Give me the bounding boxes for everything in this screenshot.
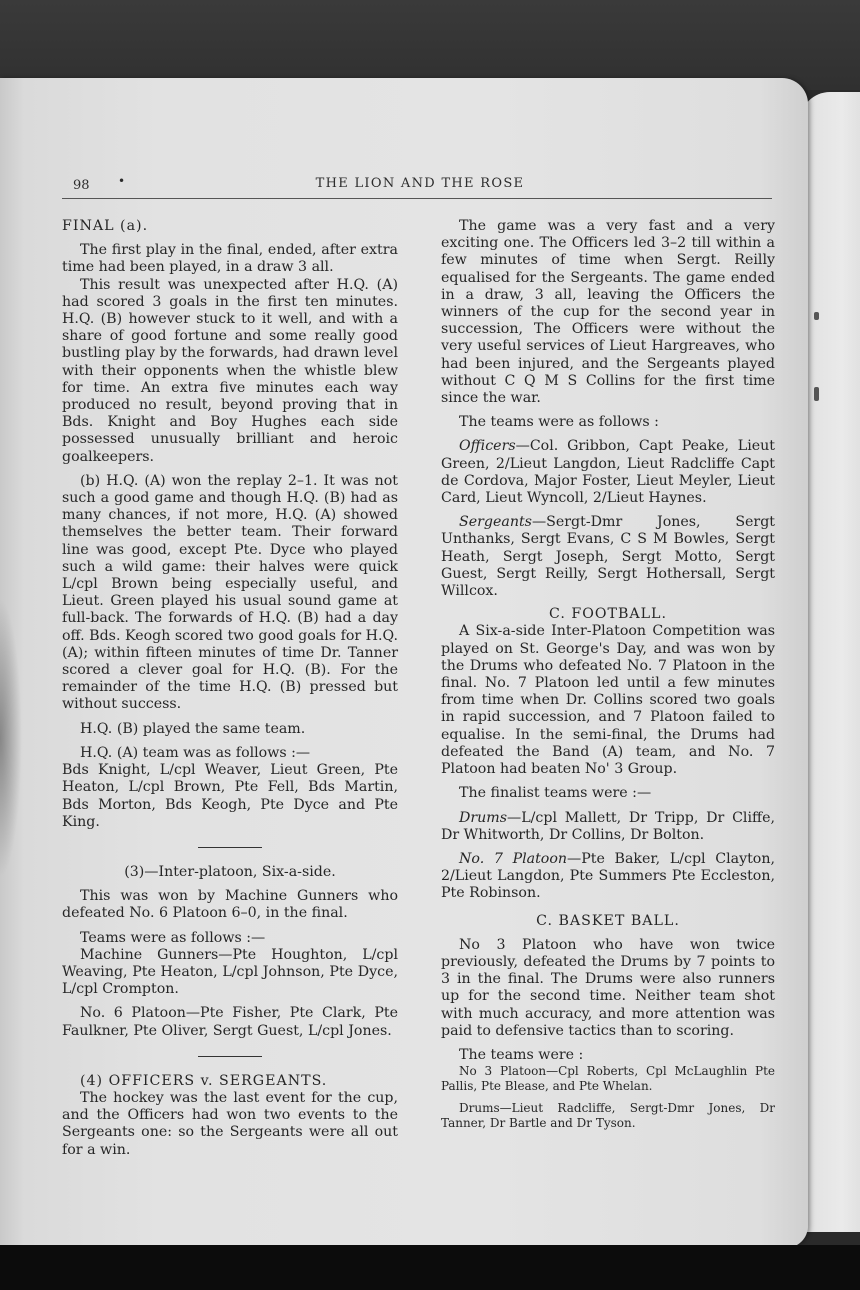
paragraph: A Six-a-side Inter-Platoon Competition w… bbox=[441, 623, 775, 778]
team-list-sergeants: Sergeants—Sergt-Dmr Jones, Sergt Unthank… bbox=[441, 514, 775, 600]
team-intro: The teams were : bbox=[441, 1047, 775, 1064]
section-heading-basketball: C. BASKET BALL. bbox=[441, 913, 775, 930]
team-list-officers: Officers—Col. Gribbon, Capt Peake, Lieut… bbox=[441, 438, 775, 507]
paragraph: This result was unexpected after H.Q. (A… bbox=[62, 277, 398, 466]
team-label: Officers bbox=[459, 438, 516, 454]
journal-title: THE LION AND THE ROSE bbox=[70, 176, 770, 191]
paragraph: No 3 Platoon who have won twice previous… bbox=[441, 937, 775, 1040]
team-label: Sergeants bbox=[459, 514, 532, 530]
section-heading-football: C. FOOTBALL. bbox=[441, 606, 775, 623]
team-intro: H.Q. (A) team was as follows :— bbox=[62, 745, 398, 762]
team-list-no7: No. 7 Platoon—Pte Baker, L/cpl Clayton, … bbox=[441, 851, 775, 903]
dark-background-bottom bbox=[0, 1245, 860, 1290]
team-list-small: Drums—Lieut Radcliffe, Sergt-Dmr Jones, … bbox=[441, 1101, 775, 1131]
team-list-small: No 3 Platoon—Cpl Roberts, Cpl McLaughlin… bbox=[441, 1064, 775, 1094]
paragraph: The first play in the final, ended, afte… bbox=[62, 242, 398, 276]
team-label: No. 7 Platoon bbox=[459, 851, 567, 867]
team-label: Drums bbox=[459, 810, 507, 826]
page-blemish bbox=[814, 312, 819, 320]
left-column: FINAL (a). The first play in the final, … bbox=[62, 218, 398, 1159]
section-divider bbox=[198, 847, 262, 848]
right-column: The game was a very fast and a very exci… bbox=[441, 218, 775, 1131]
section-heading-interplatoon: (3)—Inter-platoon, Six-a-side. bbox=[62, 864, 398, 881]
paragraph: The hockey was the last event for the cu… bbox=[62, 1090, 398, 1159]
paragraph: This was won by Machine Gunners who defe… bbox=[62, 888, 398, 922]
paragraph: H.Q. (B) played the same team. bbox=[62, 721, 398, 738]
team-list: Bds Knight, L/cpl Weaver, Lieut Green, P… bbox=[62, 762, 398, 831]
running-header: 98 • THE LION AND THE ROSE bbox=[70, 174, 770, 194]
team-list: No. 6 Platoon—Pte Fisher, Pte Clark, Pte… bbox=[62, 1005, 398, 1039]
page-blemish bbox=[814, 387, 819, 401]
paragraph-replay: (b) H.Q. (A) won the replay 2–1. It was … bbox=[62, 473, 398, 714]
header-rule bbox=[62, 198, 772, 199]
facing-page-edge bbox=[800, 92, 860, 1232]
team-list-drums: Drums—L/cpl Mallett, Dr Tripp, Dr Cliffe… bbox=[441, 810, 775, 844]
section-heading-final: FINAL (a). bbox=[62, 218, 398, 235]
section-divider bbox=[198, 1056, 262, 1057]
section-heading-officers: (4) OFFICERS v. SERGEANTS. bbox=[62, 1073, 398, 1090]
team-intro: The finalist teams were :— bbox=[441, 785, 775, 802]
page-curl-shadow bbox=[0, 598, 22, 878]
paragraph: The game was a very fast and a very exci… bbox=[441, 218, 775, 407]
team-list: Machine Gunners—Pte Houghton, L/cpl Weav… bbox=[62, 947, 398, 999]
team-intro: The teams were as follows : bbox=[441, 414, 775, 431]
dark-background-top bbox=[0, 0, 860, 90]
team-intro: Teams were as follows :— bbox=[62, 930, 398, 947]
